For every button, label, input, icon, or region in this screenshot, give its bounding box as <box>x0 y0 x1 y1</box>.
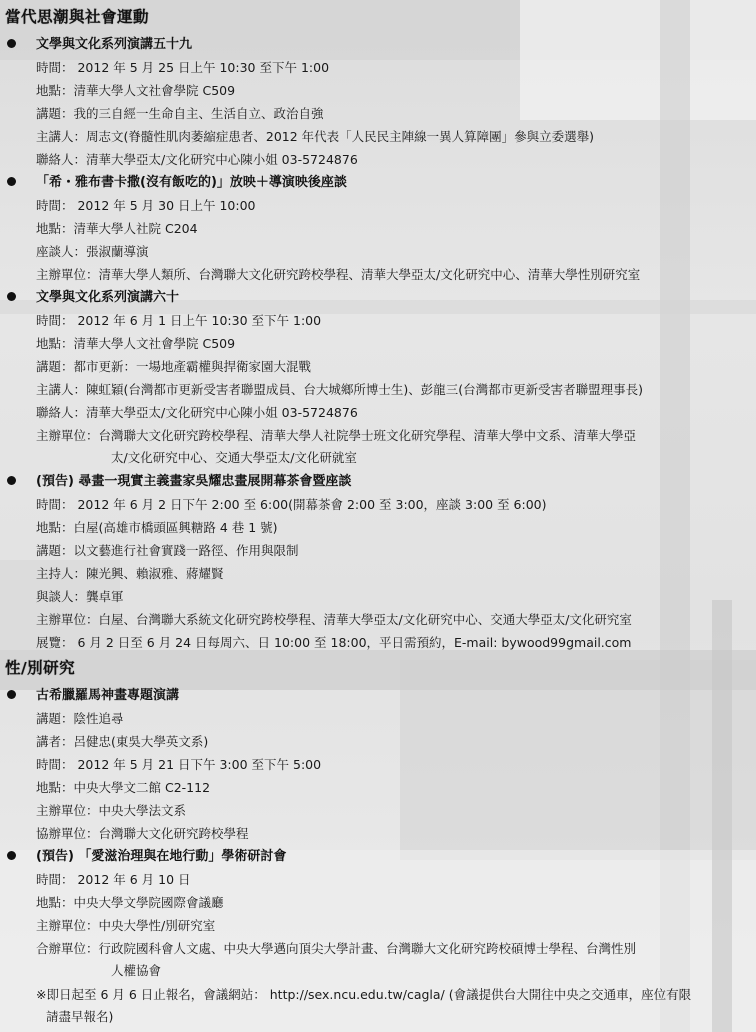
event-co-organizer: 合辦單位：行政院國科會人文處、中央大學邁向頂尖大學計畫、台灣聯大文化研究跨校碩博… <box>8 938 756 984</box>
section-gender-studies: 性/別研究 古希臘羅馬神畫專題演講 講題：陰性追尋 講者：呂健忠(東吳大學英文系… <box>8 655 756 1030</box>
bullet-icon <box>7 690 16 699</box>
note-line-2: 請盡早報名) <box>36 1006 756 1028</box>
event-item: 文學與文化系列演講六十 時間： 2012 年 6 月 1 日上午 10:30 至… <box>8 287 756 471</box>
event-location: 地點：中央大學文學院國際會議廳 <box>8 892 756 915</box>
registration-note: ※即日起至 6 月 6 日止報名，會議網站： http://sex.ncu.ed… <box>8 984 756 1030</box>
bullet-icon <box>7 39 16 48</box>
event-title: 文學與文化系列演講六十 <box>8 287 756 310</box>
event-speaker: 主講人：周志文(脊髓性肌肉萎縮症患者、2012 年代表「人民民主陣線一異人算障團… <box>8 126 756 149</box>
event-location: 地點：中央大學文二館 C2-112 <box>8 777 756 800</box>
organizer-line-2: 太/文化研究中心、交通大學亞太/文化研就室 <box>36 447 756 469</box>
bullet-icon <box>7 292 16 301</box>
event-title: (預告) 尋畫一現實主義畫家吳耀忠畫展開幕茶會暨座談 <box>8 471 756 494</box>
section-title: 性/別研究 <box>5 655 756 681</box>
event-location: 地點：清華大學人文社會學院 C509 <box>8 80 756 103</box>
note-line-1: ※即日起至 6 月 6 日止報名，會議網站： http://sex.ncu.ed… <box>36 987 691 1002</box>
event-speaker: 主講人：陳虹穎(台灣都市更新受害者聯盟成員、台大城鄉所博士生)、彭龍三(台灣都市… <box>8 379 756 402</box>
co-organizer-line-1: 合辦單位：行政院國科會人文處、中央大學邁向頂尖大學計畫、台灣聯大文化研究跨校碩博… <box>36 941 636 956</box>
event-title: (預告) 「愛滋治理與在地行動」學術研討會 <box>8 846 756 869</box>
event-item: (預告) 尋畫一現實主義畫家吳耀忠畫展開幕茶會暨座談 時間： 2012 年 6 … <box>8 471 756 655</box>
event-title: 古希臘羅馬神畫專題演講 <box>8 685 756 708</box>
event-exhibition: 展覽： 6 月 2 日至 6 月 24 日每周六、日 10:00 至 18:00… <box>8 632 756 655</box>
bullet-icon <box>7 851 16 860</box>
event-time: 時間： 2012 年 5 月 25 日上午 10:30 至下午 1:00 <box>8 57 756 80</box>
event-topic: 講題：都市更新：一場地產霸權與捍衛家園大混戰 <box>8 356 756 379</box>
organizer-line-1: 主辦單位：台灣聯大文化研究跨校學程、清華大學人社院學士班文化研究學程、清華大學中… <box>36 428 636 443</box>
event-contact: 聯絡人：清華大學亞太/文化研究中心陳小姐 03-5724876 <box>8 402 756 425</box>
event-organizer: 主辦單位：中央大學法文系 <box>8 800 756 823</box>
event-topic: 講題：陰性追尋 <box>8 708 756 731</box>
event-co-organizer: 協辦單位：台灣聯大文化研究跨校學程 <box>8 823 756 846</box>
co-organizer-line-2: 人權協會 <box>36 960 756 982</box>
event-time: 時間： 2012 年 6 月 2 日下午 2:00 至 6:00(開幕茶會 2:… <box>8 494 756 517</box>
event-item: 古希臘羅馬神畫專題演講 講題：陰性追尋 講者：呂健忠(東吳大學英文系) 時間： … <box>8 685 756 846</box>
event-organizer: 主辦單位：台灣聯大文化研究跨校學程、清華大學人社院學士班文化研究學程、清華大學中… <box>8 425 756 471</box>
event-host: 主持人：陳光興、賴淑雅、蔣耀賢 <box>8 563 756 586</box>
section-title: 當代思潮與社會運動 <box>5 4 756 30</box>
event-item: 文學與文化系列演講五十九 時間： 2012 年 5 月 25 日上午 10:30… <box>8 34 756 172</box>
event-time: 時間： 2012 年 6 月 10 日 <box>8 869 756 892</box>
page-content: 當代思潮與社會運動 文學與文化系列演講五十九 時間： 2012 年 5 月 25… <box>0 0 756 1030</box>
event-organizer: 主辦單位：清華大學人類所、台灣聯大文化研究跨校學程、清華大學亞太/文化研究中心、… <box>8 264 756 287</box>
event-time: 時間： 2012 年 6 月 1 日上午 10:30 至下午 1:00 <box>8 310 756 333</box>
event-location: 地點：清華大學人社院 C204 <box>8 218 756 241</box>
event-location: 地點：白屋(高雄市橋頭區興糖路 4 巷 1 號) <box>8 517 756 540</box>
event-item: (預告) 「愛滋治理與在地行動」學術研討會 時間： 2012 年 6 月 10 … <box>8 846 756 1030</box>
event-panelist: 座談人：張淑蘭導演 <box>8 241 756 264</box>
event-topic: 講題：以文藝進行社會實踐一路徑、作用與限制 <box>8 540 756 563</box>
event-panelist: 與談人：龔卓軍 <box>8 586 756 609</box>
event-time: 時間： 2012 年 5 月 21 日下午 3:00 至下午 5:00 <box>8 754 756 777</box>
event-location: 地點：清華大學人文社會學院 C509 <box>8 333 756 356</box>
event-time: 時間： 2012 年 5 月 30 日上午 10:00 <box>8 195 756 218</box>
bullet-icon <box>7 177 16 186</box>
event-title: 文學與文化系列演講五十九 <box>8 34 756 57</box>
bullet-icon <box>7 476 16 485</box>
event-item: 「希・雅布書卡撒(沒有飯吃的)」放映＋導演映後座談 時間： 2012 年 5 月… <box>8 172 756 287</box>
event-speaker: 講者：呂健忠(東吳大學英文系) <box>8 731 756 754</box>
event-organizer: 主辦單位：中央大學性/別研究室 <box>8 915 756 938</box>
event-contact: 聯絡人：清華大學亞太/文化研究中心陳小姐 03-5724876 <box>8 149 756 172</box>
event-topic: 講題：我的三自經一生命自主、生活自立、政治自強 <box>8 103 756 126</box>
event-organizer: 主辦單位：白屋、台灣聯大系統文化研究跨校學程、清華大學亞太/文化研究中心、交通大… <box>8 609 756 632</box>
event-title: 「希・雅布書卡撒(沒有飯吃的)」放映＋導演映後座談 <box>8 172 756 195</box>
section-social-movements: 當代思潮與社會運動 文學與文化系列演講五十九 時間： 2012 年 5 月 25… <box>8 4 756 655</box>
